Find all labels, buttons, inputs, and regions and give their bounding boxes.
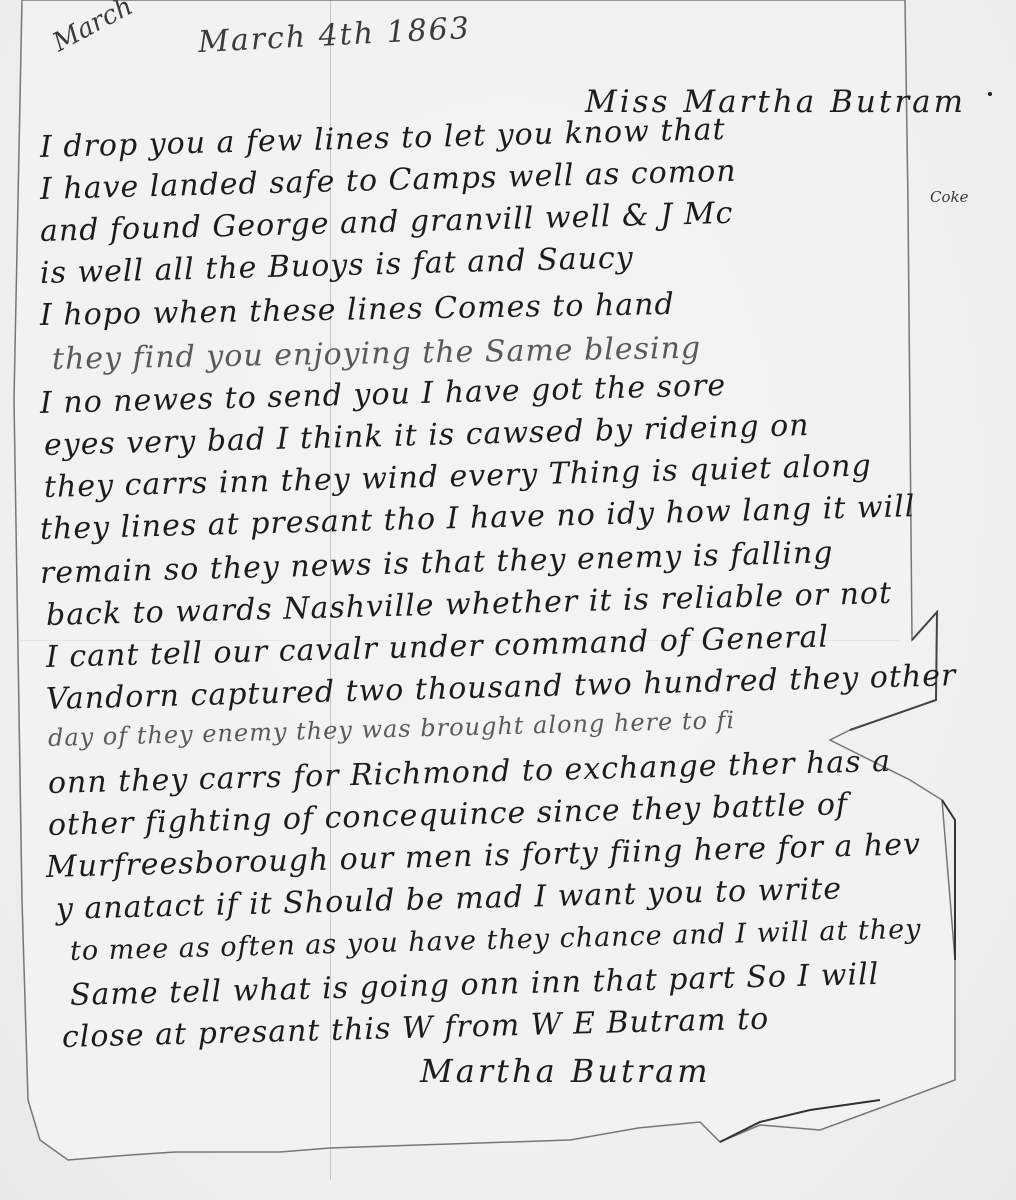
interlinear-note: Coke xyxy=(930,188,968,206)
closing-signature: Martha Butram xyxy=(420,1052,711,1090)
ink-dot xyxy=(988,92,992,96)
